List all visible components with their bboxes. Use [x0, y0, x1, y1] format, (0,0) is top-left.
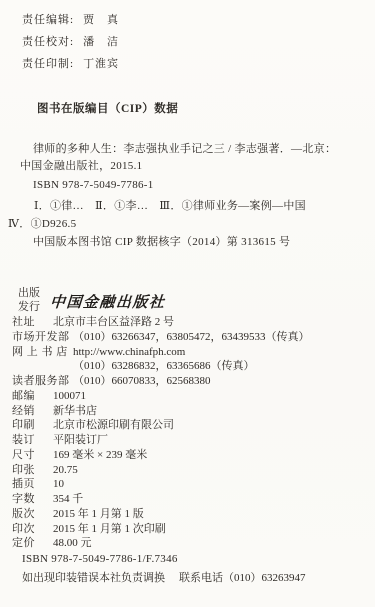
- colophon-row-binding: 装订平阳装订厂: [12, 433, 368, 448]
- colophon-value: （010）66070833，62568380: [73, 374, 211, 389]
- colophon-value: （010）63266347，63805472，63439533（传真）: [73, 330, 310, 345]
- colophon-row-word-count: 字数354 千: [12, 492, 368, 507]
- cip-publisher-line: 中国金融出版社，2015.1: [20, 157, 142, 173]
- colophon-value: 北京市松源印刷有限公司: [53, 418, 174, 433]
- colophon-value: 100071: [53, 389, 86, 404]
- cip-title-line: 律师的多种人生：李志强执业手记之三 / 李志强著．—北京：: [33, 140, 336, 156]
- colophon-label: 尺寸: [12, 448, 53, 463]
- cip-heading: 图书在版编目（CIP）数据: [37, 100, 178, 116]
- staff-row-proofreader: 责任校对:潘 洁: [22, 31, 119, 53]
- colophon-table: 社址北京市丰台区益泽路 2 号 市场开发部（010）63266347，63805…: [12, 315, 368, 551]
- colophon-label: 市场开发部: [12, 330, 73, 345]
- colophon-label: 插页: [12, 477, 53, 492]
- staff-value-proofreader: 潘 洁: [83, 36, 119, 48]
- colophon-value: （010）63286832，63365686（传真）: [73, 359, 255, 374]
- colophon-value: 20.75: [53, 463, 78, 478]
- colophon-row-inserts: 插页10: [12, 477, 368, 492]
- staff-row-printing: 责任印制:丁淮宾: [22, 53, 119, 75]
- colophon-row-edition: 版次2015 年 1 月第 1 版: [12, 507, 368, 522]
- colophon-label: 定价: [12, 536, 53, 551]
- cip-record-number-line: 中国版本图书馆 CIP 数据核字（2014）第 313615 号: [33, 233, 290, 249]
- colophon-value: 354 千: [53, 492, 83, 507]
- colophon-row-online-store-phone: （010）63286832，63365686（传真）: [12, 359, 368, 374]
- copyright-page: 责任编辑:贾 真 责任校对:潘 洁 责任印制:丁淮宾 图书在版编目（CIP）数据…: [0, 0, 375, 607]
- staff-row-editor: 责任编辑:贾 真: [22, 9, 119, 31]
- staff-credits-block: 责任编辑:贾 真 责任校对:潘 洁 责任印制:丁淮宾: [22, 9, 119, 75]
- colophon-label: 字数: [12, 492, 53, 507]
- publisher-block: 出版 发行 中国金融出版社: [18, 286, 166, 314]
- colophon-label: 读者服务部: [12, 374, 73, 389]
- staff-label-editor: 责任编辑:: [22, 14, 74, 26]
- colophon-row-printer: 印刷北京市松源印刷有限公司: [12, 418, 368, 433]
- footer-notice-line: 如出现印装错误本社负责调换联系电话（010）63263947: [22, 569, 306, 585]
- misprint-notice: 如出现印装错误本社负责调换: [22, 572, 165, 584]
- colophon-label: 邮编: [12, 389, 53, 404]
- colophon-value: 2015 年 1 月第 1 版: [53, 507, 144, 522]
- colophon-label: 印张: [12, 463, 53, 478]
- cip-isbn-line: ISBN 978-7-5049-7786-1: [33, 179, 154, 191]
- colophon-value: 169 毫米 × 239 毫米: [53, 448, 147, 463]
- colophon-row-address: 社址北京市丰台区益泽路 2 号: [12, 315, 368, 330]
- colophon-value: 10: [53, 477, 64, 492]
- colophon-label: 印次: [12, 522, 53, 537]
- colophon-row-marketing: 市场开发部（010）63266347，63805472，63439533（传真）: [12, 330, 368, 345]
- colophon-label: 社址: [12, 315, 53, 330]
- colophon-row-postcode: 邮编100071: [12, 389, 368, 404]
- colophon-label: 印刷: [12, 418, 53, 433]
- colophon-row-reader-service: 读者服务部（010）66070833，62568380: [12, 374, 368, 389]
- cip-classification-line-1: Ⅰ．①律… Ⅱ．①李… Ⅲ．①律师业务—案例—中国: [34, 197, 306, 213]
- issue-label: 发行: [18, 300, 40, 314]
- publisher-brush-logo: 中国金融出版社: [49, 291, 166, 312]
- colophon-value: 平阳装订厂: [53, 433, 108, 448]
- colophon-row-sheets: 印张20.75: [12, 463, 368, 478]
- footer-isbn: ISBN 978-7-5049-7786-1/F.7346: [22, 553, 178, 565]
- colophon-label: [12, 359, 73, 374]
- colophon-value: 北京市丰台区益泽路 2 号: [53, 315, 174, 330]
- publish-issue-labels: 出版 发行: [18, 286, 40, 314]
- colophon-label: 装订: [12, 433, 53, 448]
- colophon-row-online-store: 网 上 书 店http://www.chinafph.com: [12, 345, 368, 360]
- publish-label: 出版: [18, 286, 40, 300]
- contact-phone: 联系电话（010）63263947: [179, 572, 306, 584]
- colophon-label: 经销: [12, 404, 53, 419]
- colophon-value: 48.00 元: [53, 536, 92, 551]
- staff-label-printing: 责任印制:: [22, 58, 74, 70]
- colophon-value: 新华书店: [53, 404, 97, 419]
- staff-label-proofreader: 责任校对:: [22, 36, 74, 48]
- colophon-label: 网 上 书 店: [12, 345, 73, 360]
- colophon-value: 2015 年 1 月第 1 次印刷: [53, 522, 166, 537]
- colophon-row-impression: 印次2015 年 1 月第 1 次印刷: [12, 522, 368, 537]
- colophon-label: 版次: [12, 507, 53, 522]
- colophon-row-price: 定价48.00 元: [12, 536, 368, 551]
- staff-value-printing: 丁淮宾: [83, 58, 119, 70]
- colophon-row-distributor: 经销新华书店: [12, 404, 368, 419]
- online-store-url: http://www.chinafph.com: [73, 345, 185, 360]
- colophon-row-size: 尺寸169 毫米 × 239 毫米: [12, 448, 368, 463]
- staff-value-editor: 贾 真: [83, 14, 119, 26]
- cip-classification-line-2: Ⅳ．①D926.5: [8, 215, 76, 231]
